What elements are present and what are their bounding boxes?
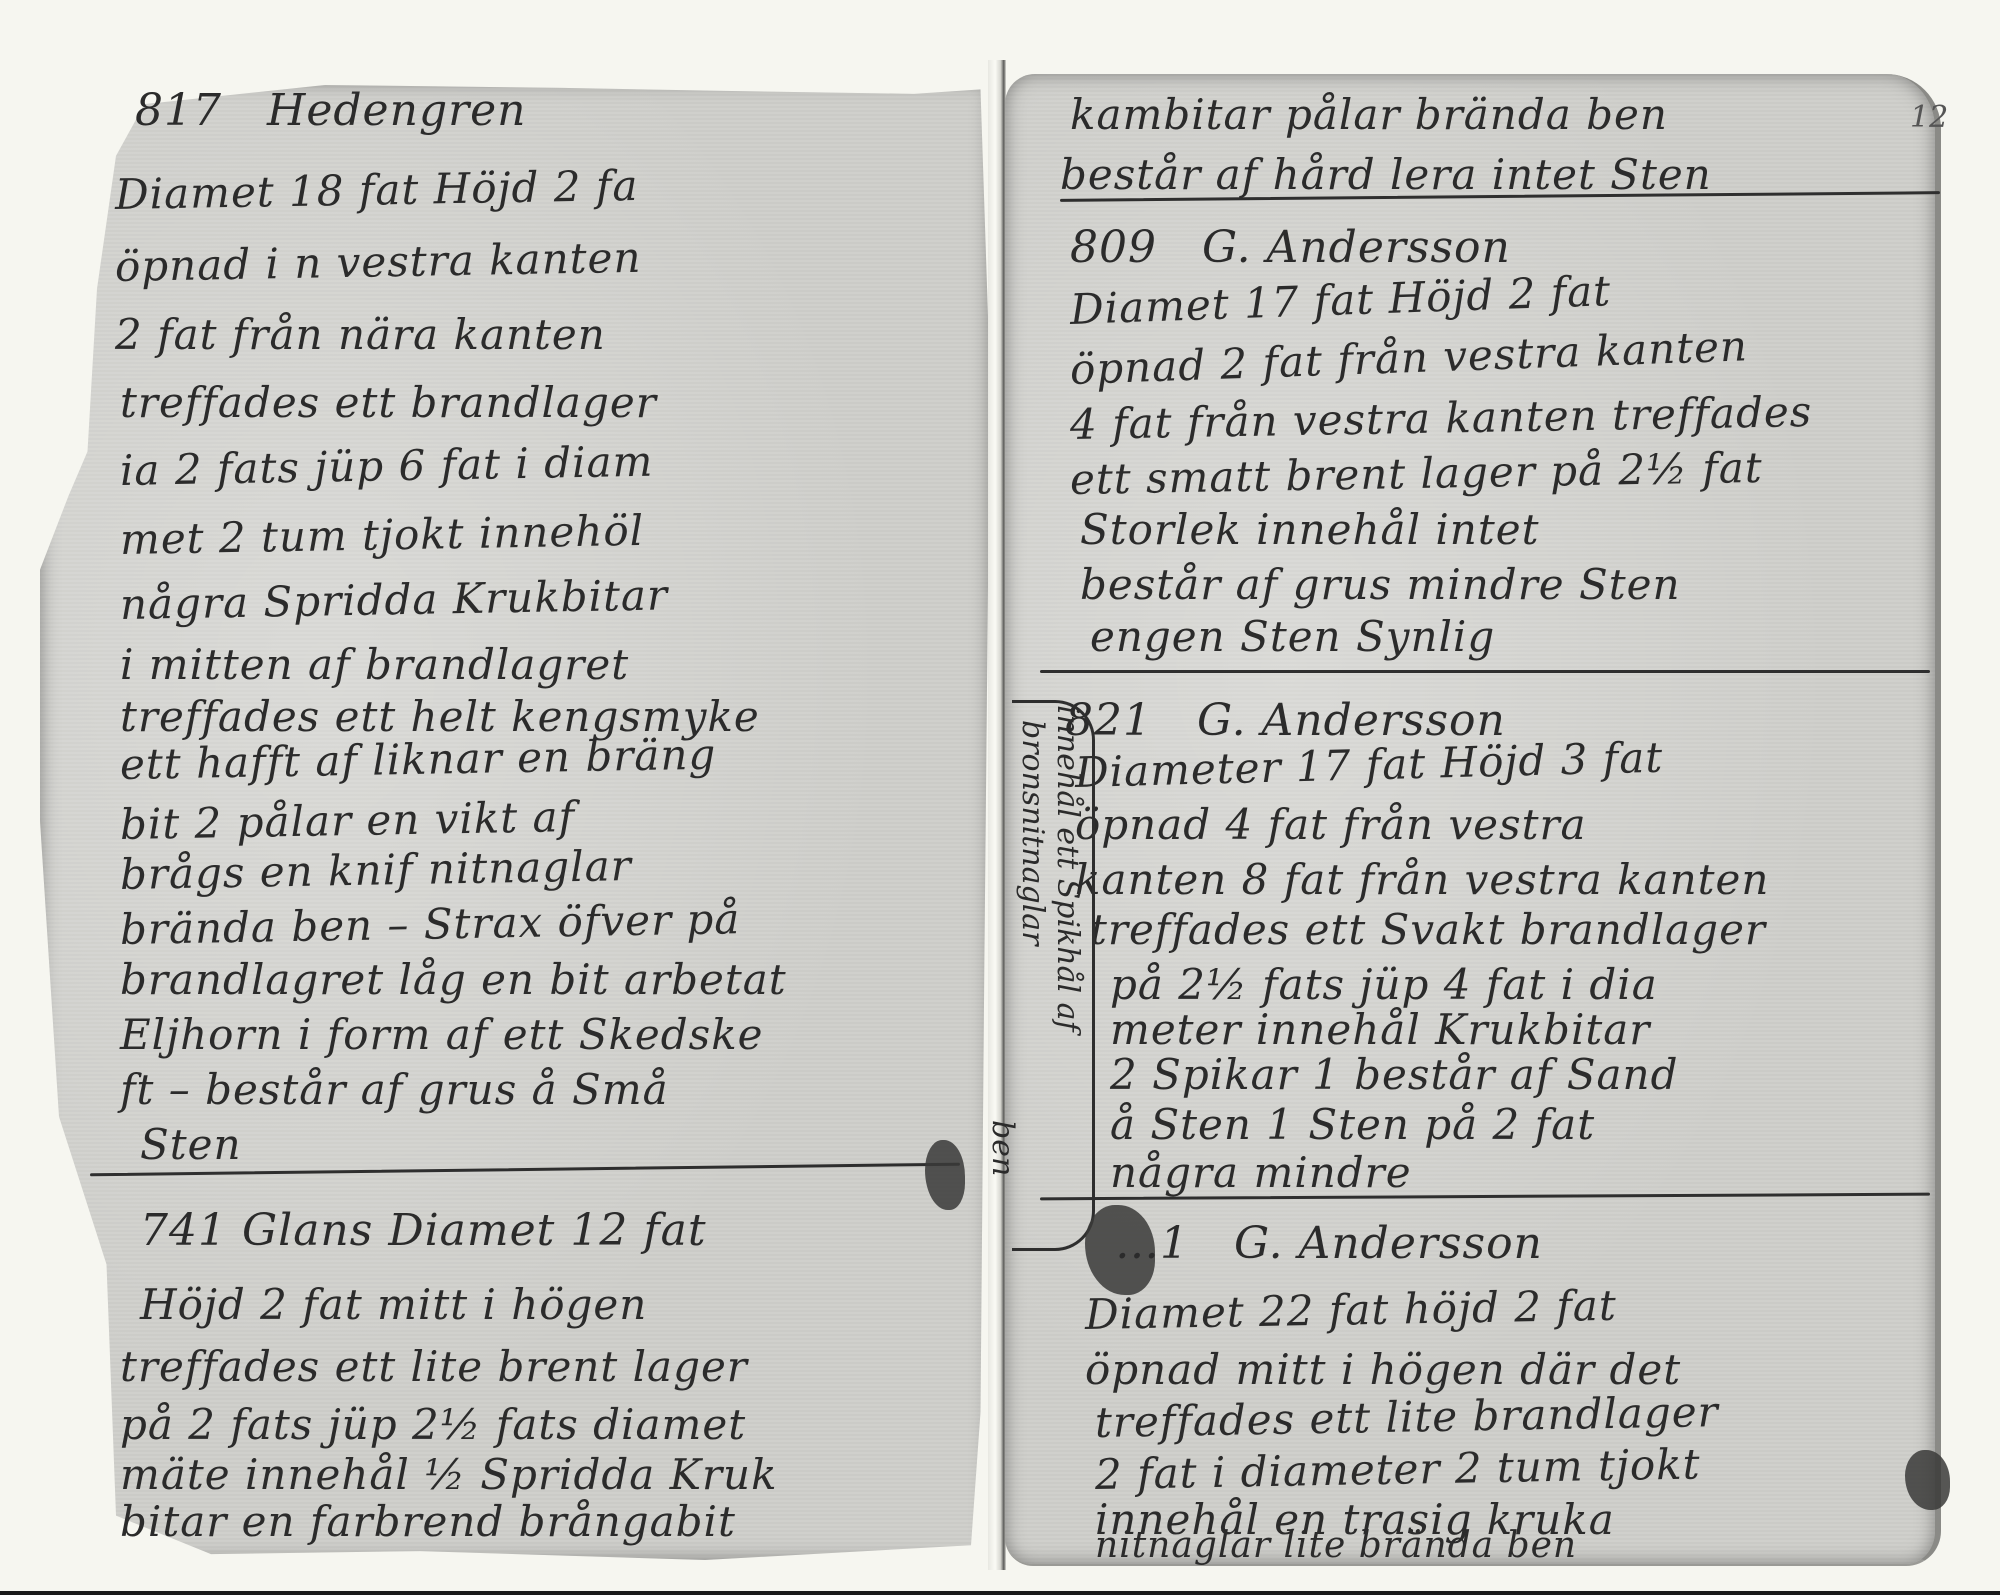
entry-line: mäte innehål ½ Spridda Kruk	[120, 1450, 778, 1499]
entry-line: 2 fat från nära kanten	[115, 310, 606, 359]
notebook-spread: 817 Hedengren Diamet 18 fat Höjd 2 fa öp…	[0, 0, 2000, 1595]
margin-note: innehål ett Spikhål af	[1050, 705, 1085, 1032]
margin-note: ben	[985, 1120, 1020, 1176]
entry-line: öpnad 4 fat från vestra	[1075, 800, 1587, 849]
entry-line: Storlek innehål intet	[1080, 505, 1539, 554]
entry-line: bit 2 pålar en vikt af	[120, 792, 576, 849]
entry-line: bitar en farbrend brångabit	[120, 1497, 736, 1546]
entry-line: 741 Glans Diamet 12 fat	[140, 1205, 707, 1256]
continuation-line: kambitar pålar brända ben	[1070, 90, 1668, 139]
entry-line: på 2½ fats jüp 4 fat i dia	[1110, 960, 1658, 1009]
entry-line: Sten	[140, 1120, 242, 1169]
entry-line: öpnad i n vestra kanten	[115, 233, 642, 291]
entry-line: Diamet 22 fat höjd 2 fat	[1085, 1281, 1618, 1339]
entry-last-header: …1 G. Andersson	[1115, 1218, 1543, 1269]
entry-name: Hedengren	[267, 85, 527, 136]
entry-divider	[1040, 670, 1930, 673]
entry-number: 809	[1070, 222, 1157, 273]
entry-line: treffades ett brandlager	[120, 378, 657, 427]
entry-line: meter innehål Krukbitar	[1110, 1005, 1650, 1054]
entry-line: några mindre	[1110, 1148, 1412, 1197]
continuation-line: består af hård lera intet Sten	[1060, 150, 1712, 199]
margin-note: bronsnitnaglar	[1015, 720, 1050, 946]
entry-line: engen Sten Synlig	[1090, 612, 1495, 661]
entry-809-header: 809 G. Andersson	[1070, 222, 1511, 273]
entry-name: G. Andersson	[1202, 222, 1511, 273]
entry-line: öpnad mitt i högen där det	[1085, 1345, 1681, 1394]
entry-number: …1	[1115, 1218, 1189, 1269]
entry-line: i mitten af brandlagret	[120, 640, 629, 689]
entry-line: treffades ett Svakt brandlager	[1090, 905, 1766, 954]
entry-line: ett hafft af liknar en bräng	[120, 730, 717, 789]
entry-line: kanten 8 fat från vestra kanten	[1075, 855, 1769, 904]
entry-line: nitnaglar lite brända ben	[1095, 1525, 1577, 1566]
entry-line: treffades ett lite brent lager	[120, 1342, 748, 1391]
entry-line: met 2 tum tjokt innehöl	[120, 506, 645, 564]
entry-line: Höjd 2 fat mitt i högen	[140, 1280, 647, 1329]
entry-line: Eljhorn i form af ett Skedske	[120, 1010, 764, 1059]
entry-line: å Sten 1 Sten på 2 fat	[1110, 1100, 1595, 1149]
entry-817-header: 817 Hedengren	[135, 85, 527, 136]
book-spine	[988, 60, 1006, 1570]
entry-line: brandlagret låg en bit arbetat	[120, 955, 787, 1004]
entry-line: består af grus mindre Sten	[1080, 560, 1681, 609]
entry-number: 817	[135, 85, 222, 136]
entry-line: ft – består af grus å Små	[120, 1065, 669, 1114]
entry-line: några Spridda Krukbitar	[120, 570, 669, 629]
entry-name: G. Andersson	[1234, 1218, 1543, 1269]
entry-line: 2 Spikar 1 består af Sand	[1110, 1050, 1678, 1099]
entry-line: ia 2 fats jüp 6 fat i diam	[120, 437, 654, 495]
entry-line: Diamet 18 fat Höjd 2 fa	[115, 161, 639, 219]
entry-line: på 2 fats jüp 2½ fats diamet	[120, 1400, 746, 1449]
entry-line: brågs en knif nitnaglar	[120, 841, 633, 899]
scan-edge	[0, 1591, 2000, 1595]
page-number: 12	[1910, 100, 1948, 135]
